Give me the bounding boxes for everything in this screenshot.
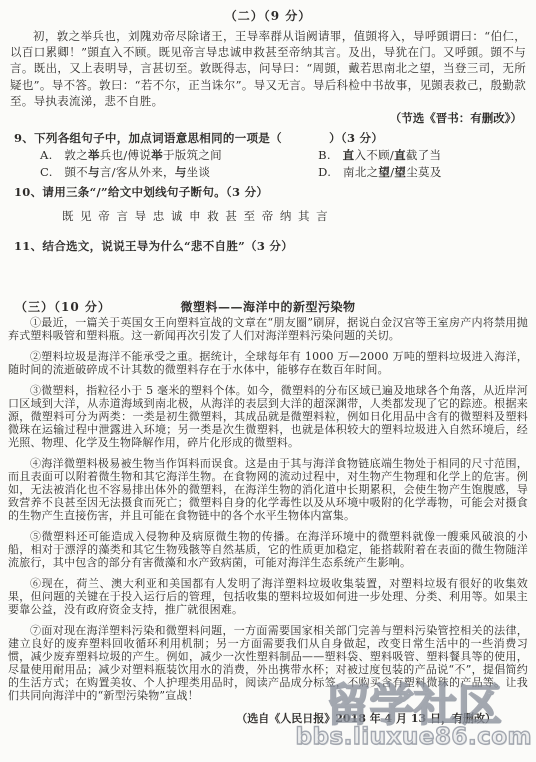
- question-10-stem: 10、请用三条“/”给文中划线句子断句。（3 分）: [14, 184, 526, 200]
- option-b: B. 直入不顾/直截了当: [318, 147, 528, 164]
- exam-page: （二）（9 分） 初，敦之举兵也，刘隗劝帝尽除诸王，王导率群从诣阙请罪，值顗将入…: [0, 0, 536, 762]
- question-11-stem: 11、结合选文，说说王导为什么“悲不自胜”（3 分）: [14, 238, 526, 254]
- question-9-options: A. 敦之举兵也/傅说举于版筑之间 B. 直入不顾/直截了当 C. 顗不与言/客…: [40, 147, 528, 180]
- article-paragraph-6: ⑥现在，荷兰、澳大利亚和美国都有人发明了海洋塑料垃圾收集装置，对塑料垃圾有很好的…: [8, 577, 528, 616]
- question-9-stem: 9、下列各组句子中，加点词语意思相同的一项是（ ）（3 分）: [14, 130, 526, 146]
- section-3-label: （三）（10 分）: [15, 298, 111, 315]
- article-paragraph-1: ①最近，一篇关于英国女王向塑料宣战的文章在“朋友圈”刷屏，据说白金汉宫等王室房产…: [8, 316, 528, 342]
- article-paragraph-7: ⑦面对现在海洋塑料污染和微塑料问题，一方面需要国家相关部门完善与塑料污染管控相关…: [8, 624, 528, 702]
- passage-source: （节选《晋书：有删改》）: [0, 110, 522, 126]
- article-paragraph-3: ③微塑料，指粒径小于 5 毫米的塑料个体。如今，微塑料的分布区域已遍及地球各个角…: [8, 384, 528, 449]
- article-source: （选自《人民日报》2018 年 4 月 13 日，有删改）: [0, 710, 496, 726]
- watermark-site-url: bbs.liuxue86.com: [296, 724, 532, 750]
- option-c: C. 顗不与言/客从外来，与坐谈: [40, 164, 318, 181]
- option-d: D. 南北之望/望尘莫及: [318, 164, 528, 181]
- article-paragraph-5: ⑤微塑料还可能造成入侵物种及病原微生物的传播。在海洋环境中的微塑料就像一艘乘风破…: [8, 530, 528, 569]
- option-a: A. 敦之举兵也/傅说举于版筑之间: [40, 147, 318, 164]
- article-paragraph-2: ②塑料垃圾是海洋不能承受之重。据统计，全球每年有 1000 万—2000 万吨的…: [8, 350, 528, 376]
- section-3-title: 微塑料——海洋中的新型污染物: [180, 300, 355, 314]
- section-3-header: （三）（10 分） 微塑料——海洋中的新型污染物: [10, 298, 526, 316]
- question-10-sentence: 既 见 帝 言 导 忠 诚 申 救 甚 至 帝 纳 其 言: [62, 208, 536, 224]
- article-paragraph-4: ④海洋微塑料极易被生物当作饵料而误食。这是由于其与海洋食物链底端生物处于相同的尺…: [8, 457, 528, 522]
- section-2-heading: （二）（9 分）: [0, 0, 536, 24]
- answer-space: [0, 254, 536, 298]
- classical-passage: 初，敦之举兵也，刘隗劝帝尽除诸王，王导率群从诣阙请罪，值顗将入，导呼顗谓曰：“伯…: [10, 28, 526, 109]
